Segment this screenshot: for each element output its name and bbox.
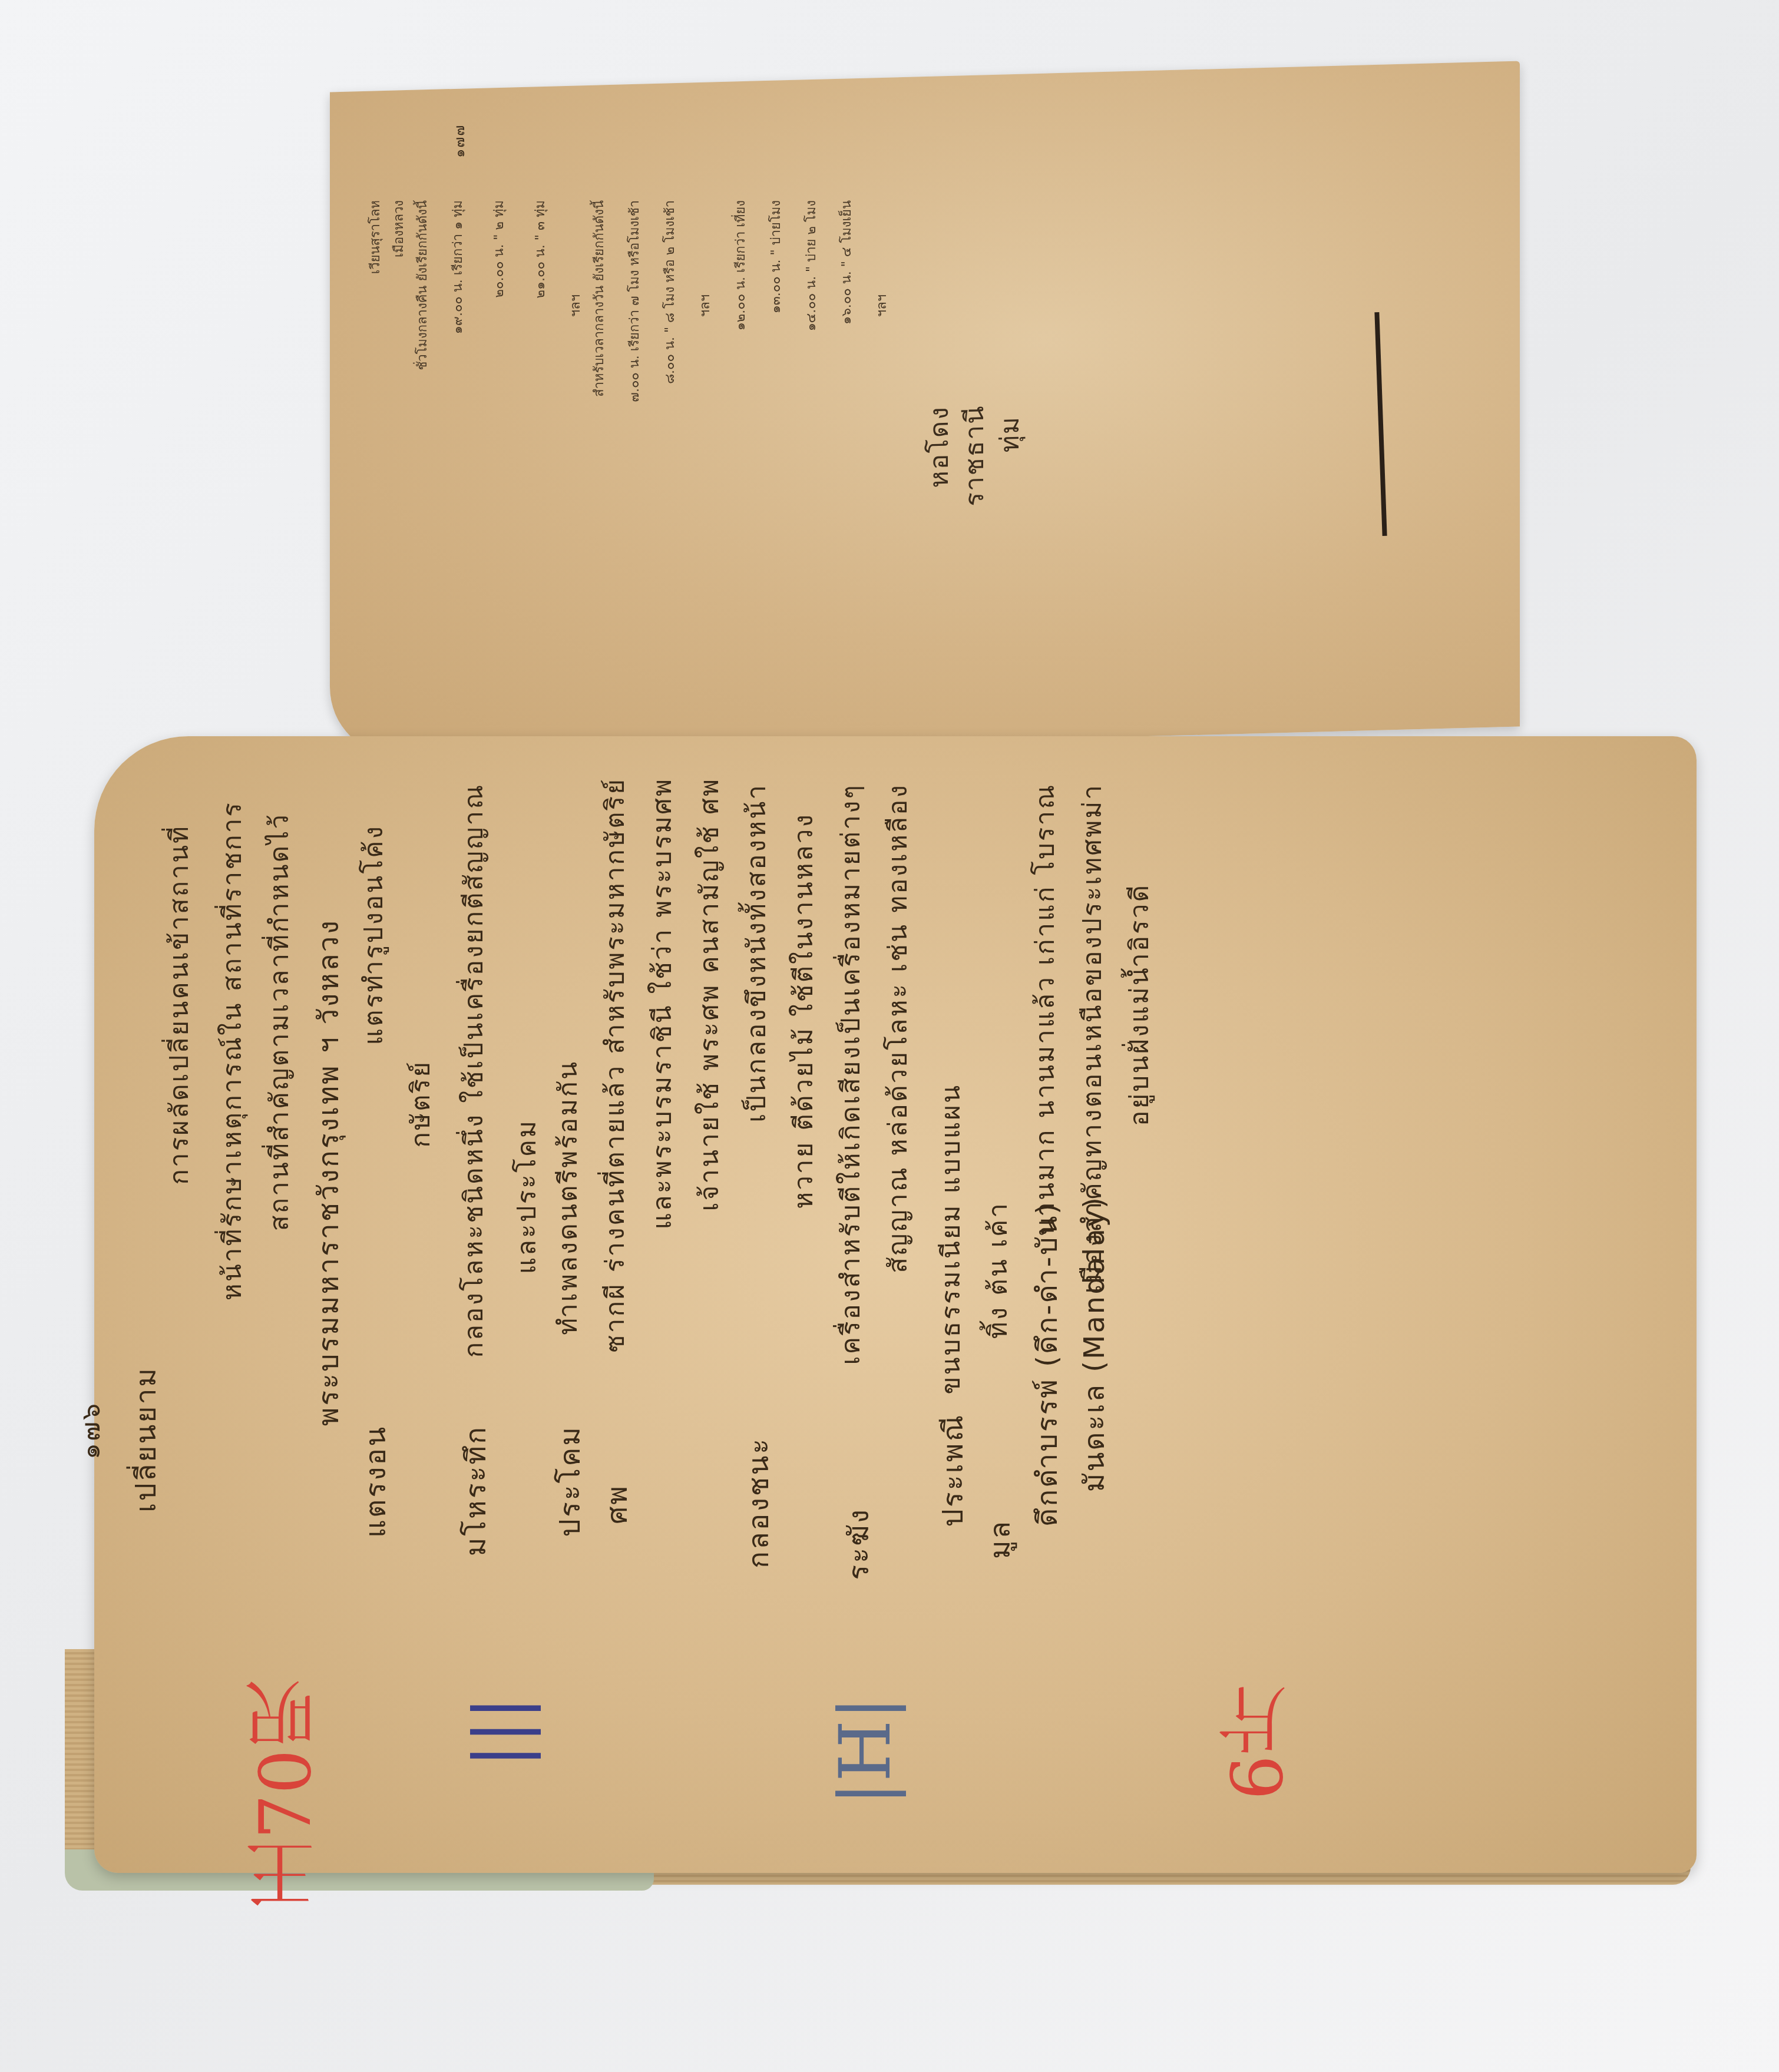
schedule-line: ๑๙.๐๐ น. เรียกว่า ๑ ทุ่ม — [448, 200, 468, 334]
term: ดึกดำบรรพ์ (ดึก-ดำ-บัน) — [1025, 1202, 1070, 1527]
handwritten-red-mark: 王70呎 — [236, 1679, 337, 1910]
definition: การผลัดเปลี่ยนคนเข้าสถานที่ — [159, 825, 200, 1185]
definition: และพระบรมราชินี ใช้ว่า พระบรมศพ — [642, 777, 683, 1230]
definition: ทิ้ง ต้น เค้า — [978, 1202, 1019, 1339]
term: มโหระทึก — [454, 1425, 498, 1556]
schedule-line: ๘.๐๐ น. " ๘ โมง หรือ ๒ โมงเช้า — [660, 200, 680, 384]
term: ระฆัง — [836, 1508, 881, 1580]
schedule-line: ๑๖.๐๐ น. " ๔ โมงเย็น — [836, 200, 857, 325]
schedule-line: ฯลฯ — [695, 294, 716, 317]
schedule-line: ๑๓.๐๐ น. " บ่ายโมง — [766, 200, 786, 313]
schedule-line: ฯลฯ — [566, 294, 586, 317]
definition: อยู่บนฝั่งแม่น้ำอิรวดี — [1119, 883, 1160, 1126]
definition: กษัตริย์ — [401, 1060, 442, 1148]
schedule-line: สำหรับเวลากลางวัน ยังเรียกกันดังนี้ — [589, 200, 610, 397]
schedule-line: ๗.๐๐ น. เรียกว่า ๗ โมง หรือโมงเช้า — [624, 200, 645, 402]
term: ประเพณี — [931, 1414, 976, 1527]
schedule-line: ฯลฯ — [872, 294, 892, 317]
definition: ขนบธรรมเนียม แบบแผน — [931, 1084, 972, 1395]
term: เปลี่ยนยาม — [124, 1366, 168, 1512]
definition: ทำเพลงดนตรีพร้อมกัน — [548, 1060, 589, 1335]
term: กลองชนะ — [736, 1437, 781, 1568]
term: ศพ — [595, 1484, 640, 1524]
definition: สัญญาณ หล่อด้วยโลหะ เช่น ทองเหลือง — [878, 783, 919, 1273]
definition: เจ้านายใช้ พระศพ คนสามัญใช้ ศพ — [689, 777, 730, 1211]
term: มูล — [978, 1520, 1023, 1559]
open-book: ๑๗๗ หอโดง ราชธานี ทุ่ม เวียนสุราโลห เมือ… — [0, 0, 1779, 2072]
schedule-line: เมืองหลวง — [389, 200, 409, 257]
definition: กลองโลหะชนิดหนึ่ง ใช้เป็นเครื่องยกตีสัญญ… — [454, 783, 495, 1358]
schedule-line: ๑๒.๐๐ น. เรียกว่า เที่ยง — [730, 200, 751, 330]
term: พระบรมมหาราชวังกรุงเทพ ฯ วังหลวง — [306, 919, 351, 1426]
definition: หน้าที่รักษาเหตุการณ์ใน สถานที่ราชการ — [212, 801, 253, 1300]
upper-page: ๑๗๗ หอโดง ราชธานี ทุ่ม — [330, 61, 1520, 758]
term-thum: ทุ่ม — [990, 415, 1031, 453]
definition: เป็นกลองขึงหนังทั้งสองหน้า — [736, 783, 778, 1123]
definition: ซากผี ร่างคนที่ตายแล้ว สำหรับพระมหากษัตร… — [595, 777, 636, 1352]
schedule-line: ๒๑.๐๐ น. " ๓ ทุ่ม — [530, 200, 551, 298]
definition: สถานที่สำคัญตามเวลาที่กำหนดไว้ — [259, 813, 300, 1231]
definition: นานมาก นานมาแล้ว เก่าแก่ โบราณ — [1025, 783, 1066, 1236]
handwritten-blue-mark: ||| — [459, 1696, 541, 1768]
definition: หวาย ตีด้วยไม้ ใช้ตีในงานหลวง — [783, 813, 825, 1209]
definition: แตรทำรูปงอนโค้ง — [353, 825, 395, 1045]
definition: และประโคม — [507, 1119, 548, 1274]
definition: เครื่องสำหรับตีให้เกิดเสียงเป็นเครื่องหม… — [831, 783, 872, 1365]
schedule-line: ๑๔.๐๐ น. " บ่าย ๒ โมง — [801, 200, 822, 331]
page-number-upper: ๑๗๗ — [448, 124, 471, 158]
term: ประโคม — [548, 1425, 593, 1537]
schedule-line: ๒๐.๐๐ น. " ๒ ทุ่ม — [489, 200, 510, 297]
schedule-line: เวียนสุราโลห — [365, 200, 386, 274]
schedule-line: ชั่วโมงกลางคืน ยังเรียกกันดังนี้ — [412, 200, 433, 370]
definition: เมืองสำคัญทางตอนเหนือของประเทศพม่า — [1072, 783, 1113, 1293]
term: แตรงอน — [353, 1425, 398, 1538]
handwritten-red-mark: 6片 — [1208, 1684, 1309, 1800]
page-number-lower: ๑๗๖ — [71, 1402, 112, 1459]
handwritten-blue-mark: |H| — [825, 1696, 907, 1806]
